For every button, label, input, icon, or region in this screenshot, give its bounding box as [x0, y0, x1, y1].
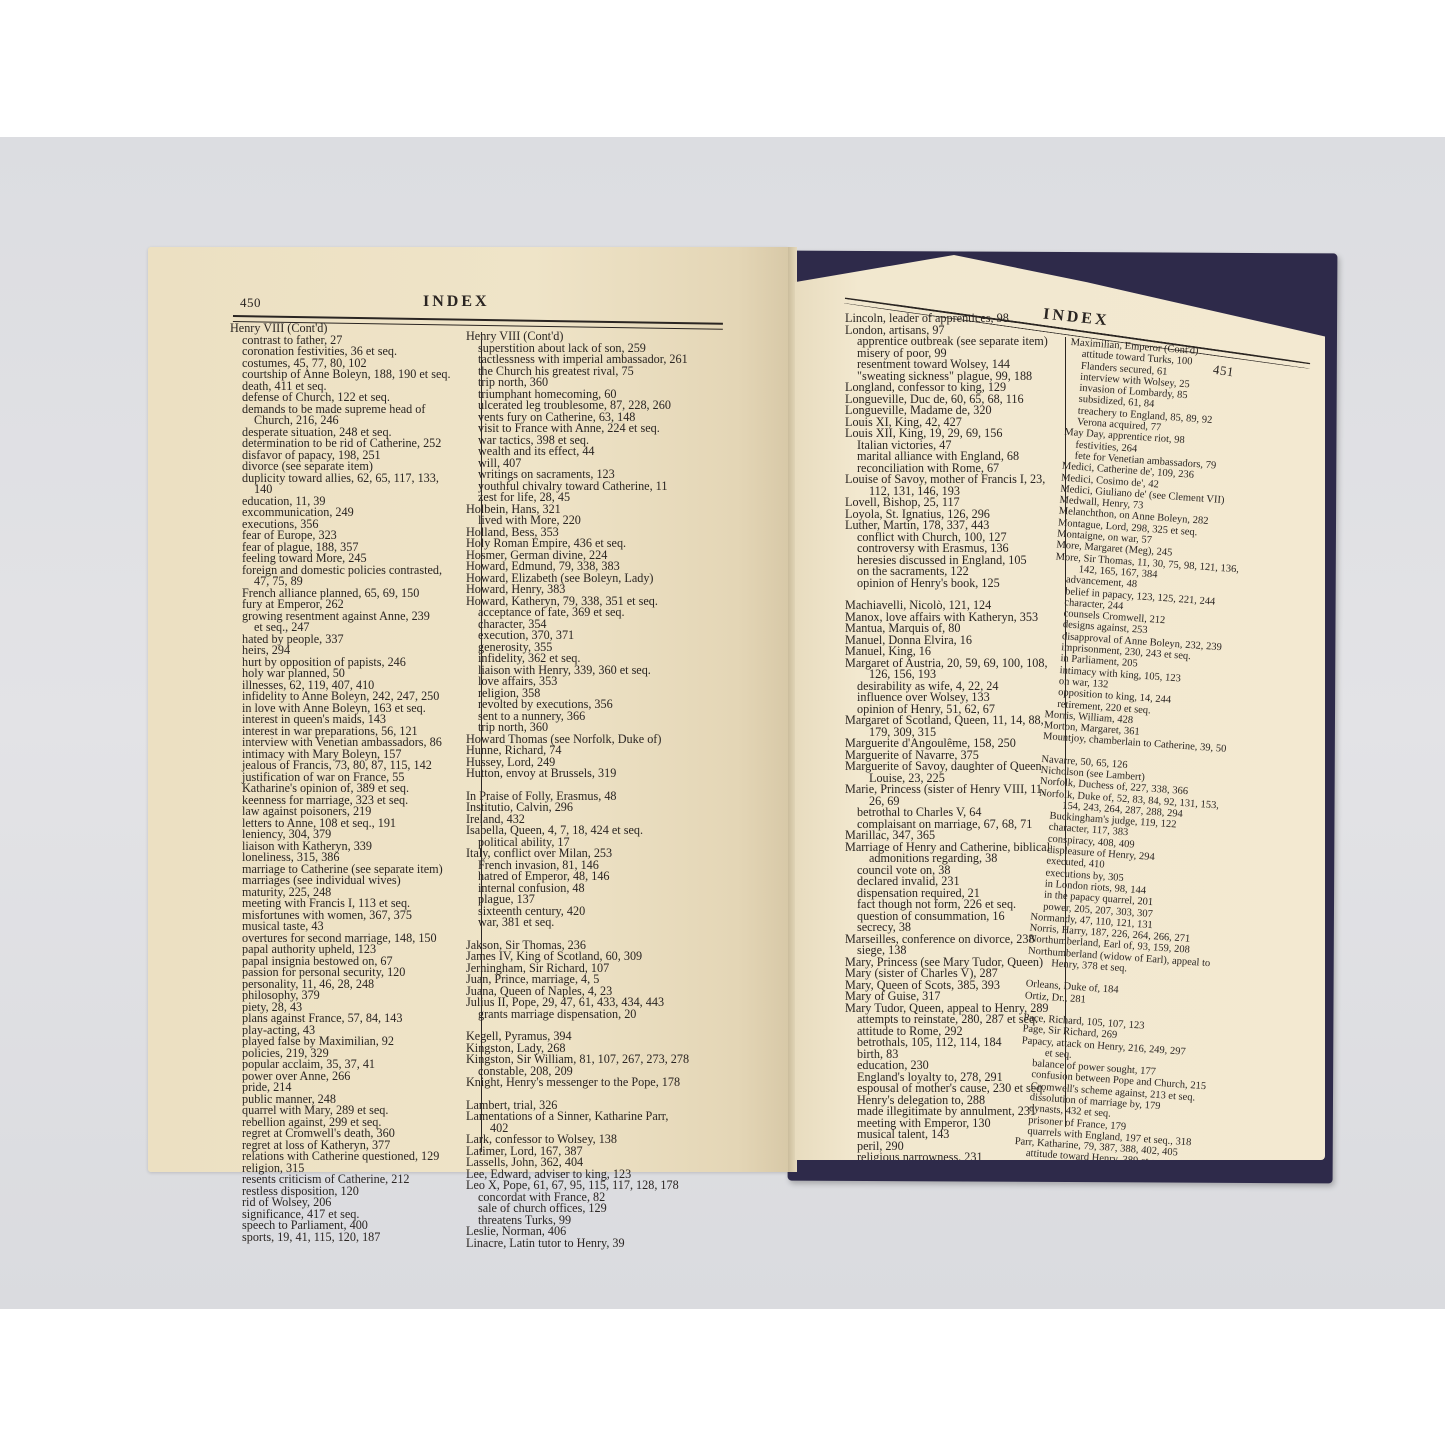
index-column-2: Henry VIII (Cont'd)superstition about la…	[466, 331, 689, 1249]
index-entry: Knight, Henry's messenger to the Pope, 1…	[466, 1077, 689, 1089]
left-page: 450 INDEX Henry VIII (Cont'd)contrast to…	[148, 247, 788, 1172]
index-subentry: opinion of Henry's book, 125	[845, 578, 1050, 590]
right-page: INDEX 451 Lincoln, leader of apprentices…	[795, 255, 1325, 1160]
index-subentry: sports, 19, 41, 115, 120, 187	[230, 1232, 451, 1244]
index-entry: Hutton, envoy at Brussels, 319	[466, 768, 689, 780]
index-entry: Linacre, Latin tutor to Henry, 39	[466, 1238, 689, 1250]
running-head: INDEX	[423, 293, 490, 311]
index-column-1: Henry VIII (Cont'd)contrast to father, 2…	[230, 323, 451, 1243]
index-subentry: war, 381 et seq.	[466, 917, 689, 929]
index-subentry: grants marriage dispensation, 20	[466, 1009, 689, 1021]
page-number: 450	[240, 295, 261, 311]
